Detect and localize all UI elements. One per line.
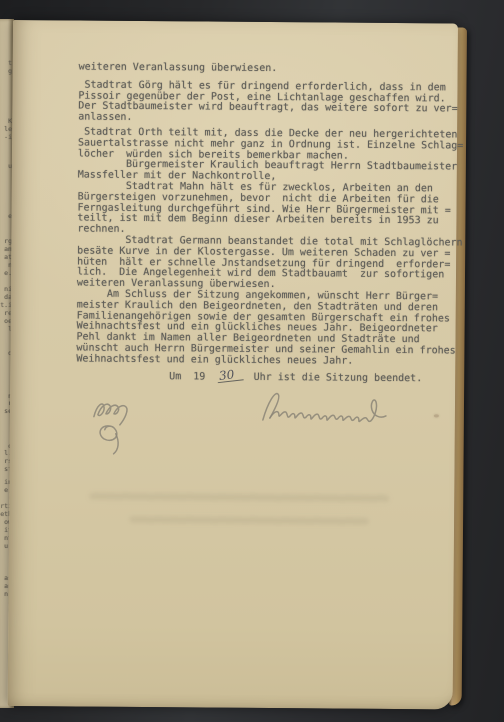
signature-kraulich [258, 388, 393, 431]
handwritten-time: 30 [217, 368, 244, 383]
paragraphs: weiteren Veranlassung überwiesen. Stadtr… [76, 63, 470, 369]
paragraph: Stadtrat Orth teilt mit, dass die Decke … [78, 127, 470, 184]
paragraph: Am Schluss der Sitzung angekommen, wünsc… [76, 289, 469, 368]
photo-background: tgKle-iuergamatne.nidat.ireoeldnrseql.rs… [0, 0, 504, 722]
paragraph: Stadtrat Görg hält es für dringend erfor… [78, 80, 470, 126]
page-wrapper: weiteren Veranlassung überwiesen. Stadtr… [8, 20, 458, 709]
margin-fragment: le [0, 126, 12, 133]
closing-prefix: Um 19 [169, 371, 211, 382]
margin-fragment: K [0, 118, 12, 125]
margin-fragment: g [0, 68, 12, 75]
paragraph: Stadtrat Mahn hält es für zwecklos, Arbe… [77, 181, 470, 292]
signature-goerg [88, 395, 173, 458]
closing-suffix: Uhr ist die Sitzung beendet. [248, 371, 423, 383]
bleed-through-shadow [129, 516, 369, 525]
margin-fragment: e [0, 213, 12, 220]
margin-fragment: rg [0, 238, 12, 245]
closing-time-line: Um 19 30 Uhr ist die Sitzung beendet. [76, 369, 468, 385]
typewritten-text-block: weiteren Veranlassung überwiesen. Stadtr… [76, 63, 470, 386]
margin-fragment: t [0, 60, 12, 67]
document-page: weiteren Veranlassung überwiesen. Stadtr… [8, 20, 458, 709]
bleed-through-shadow [89, 493, 389, 502]
ink-smudge [434, 414, 439, 417]
paragraph: weiteren Veranlassung überwiesen. [79, 63, 471, 77]
margin-fragment: u [0, 163, 12, 170]
margin-fragment: -i [0, 134, 12, 141]
